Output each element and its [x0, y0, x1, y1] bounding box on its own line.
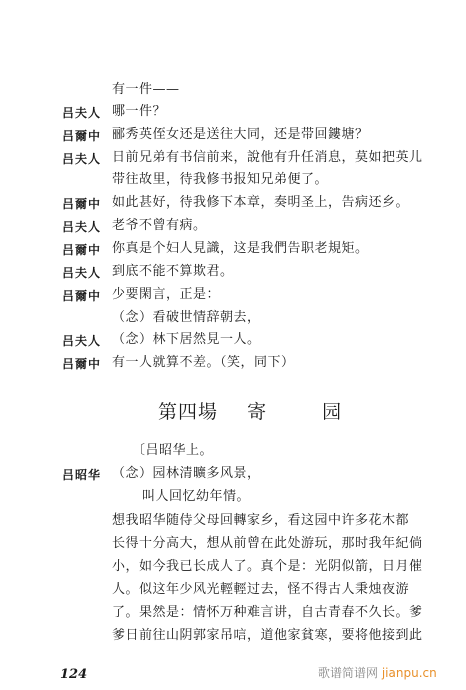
speaker-name: 吕爾中 [62, 196, 101, 212]
watermark-domain: jianpu.cn [382, 666, 437, 680]
speaker-name: 吕夫人 [62, 151, 101, 167]
page-number: 124 [60, 667, 87, 682]
dialogue-text: 少要閑言，正是： [112, 287, 220, 303]
dialogue-text: 人。似这年少风光輕輕过去，怪不得古人秉烛夜游 [112, 582, 409, 598]
dialogue-text: 爹日前往山阴郭家吊唁，道他家貧寒，要将他接到此 [112, 628, 423, 644]
dialogue-text: 到底不能不算欺君。 [112, 264, 234, 280]
speaker-name: 吕夫人 [62, 265, 101, 281]
scene-name-char-2: 园 [322, 397, 342, 424]
dialogue-text: 了。果然是：情怀万种难言讲，自古青春不久长。爹 [112, 605, 423, 621]
dialogue-text: 有一人就算不差。（笑，同下） [112, 355, 295, 371]
speaker-name: 吕昭华 [62, 467, 101, 483]
watermark: 歌谱简谱网 jianpu.cn [318, 664, 437, 681]
watermark-site-name: 歌谱简谱网 [318, 666, 378, 680]
scene-title: 第四場 寄 园 [158, 397, 342, 424]
scene-number: 第四場 [158, 397, 218, 424]
dialogue-text: 叫人回忆幼年情。 [142, 489, 250, 505]
dialogue-text: 你真是个妇人見識，这是我們告职老規矩。 [112, 241, 369, 257]
dialogue-text: 想我昭华随侍父母回轉家乡，看这园中许多花木都 [112, 513, 409, 529]
speaker-name: 吕爾中 [62, 288, 101, 304]
dialogue-text: 日前兄弟有书信前来，說他有升任消息，莫如把英儿 [112, 150, 423, 166]
dialogue-text: 小，如今我已长成人了。真个是：光阴似箭，日月催 [112, 559, 423, 575]
speaker-name: 吕爾中 [62, 128, 101, 144]
dialogue-text: 长得十分高大，想从前曾在此处游玩，那时我年紀倘 [112, 536, 423, 552]
dialogue-text: 如此甚好，待我修下本章，奏明圣上，告病还乡。 [112, 195, 409, 211]
dialogue-text: 〔吕昭华上。 [132, 443, 213, 459]
scene-name-char-1: 寄 [247, 397, 267, 424]
speaker-name: 吕夫人 [62, 219, 101, 235]
dialogue-text: （念）看破世情辞朝去， [112, 310, 261, 326]
speaker-name: 吕夫人 [62, 333, 101, 349]
dialogue-text: 哪一件？ [112, 104, 166, 120]
dialogue-text: （念）林下居然見一人。 [112, 332, 261, 348]
speaker-name: 吕爾中 [62, 242, 101, 258]
dialogue-text: 带往故里，待我修书报知兄弟便了。 [112, 172, 328, 188]
dialogue-text: 老爷不曾有病。 [112, 218, 207, 234]
dialogue-text: 有一件—— [112, 82, 180, 98]
speaker-name: 吕爾中 [62, 356, 101, 372]
speaker-name: 吕夫人 [62, 105, 101, 121]
dialogue-text: （念）园林清曠多风景， [112, 466, 261, 482]
dialogue-text: 郦秀英侄女还是送往大同，还是带回鏤塘？ [112, 127, 369, 143]
